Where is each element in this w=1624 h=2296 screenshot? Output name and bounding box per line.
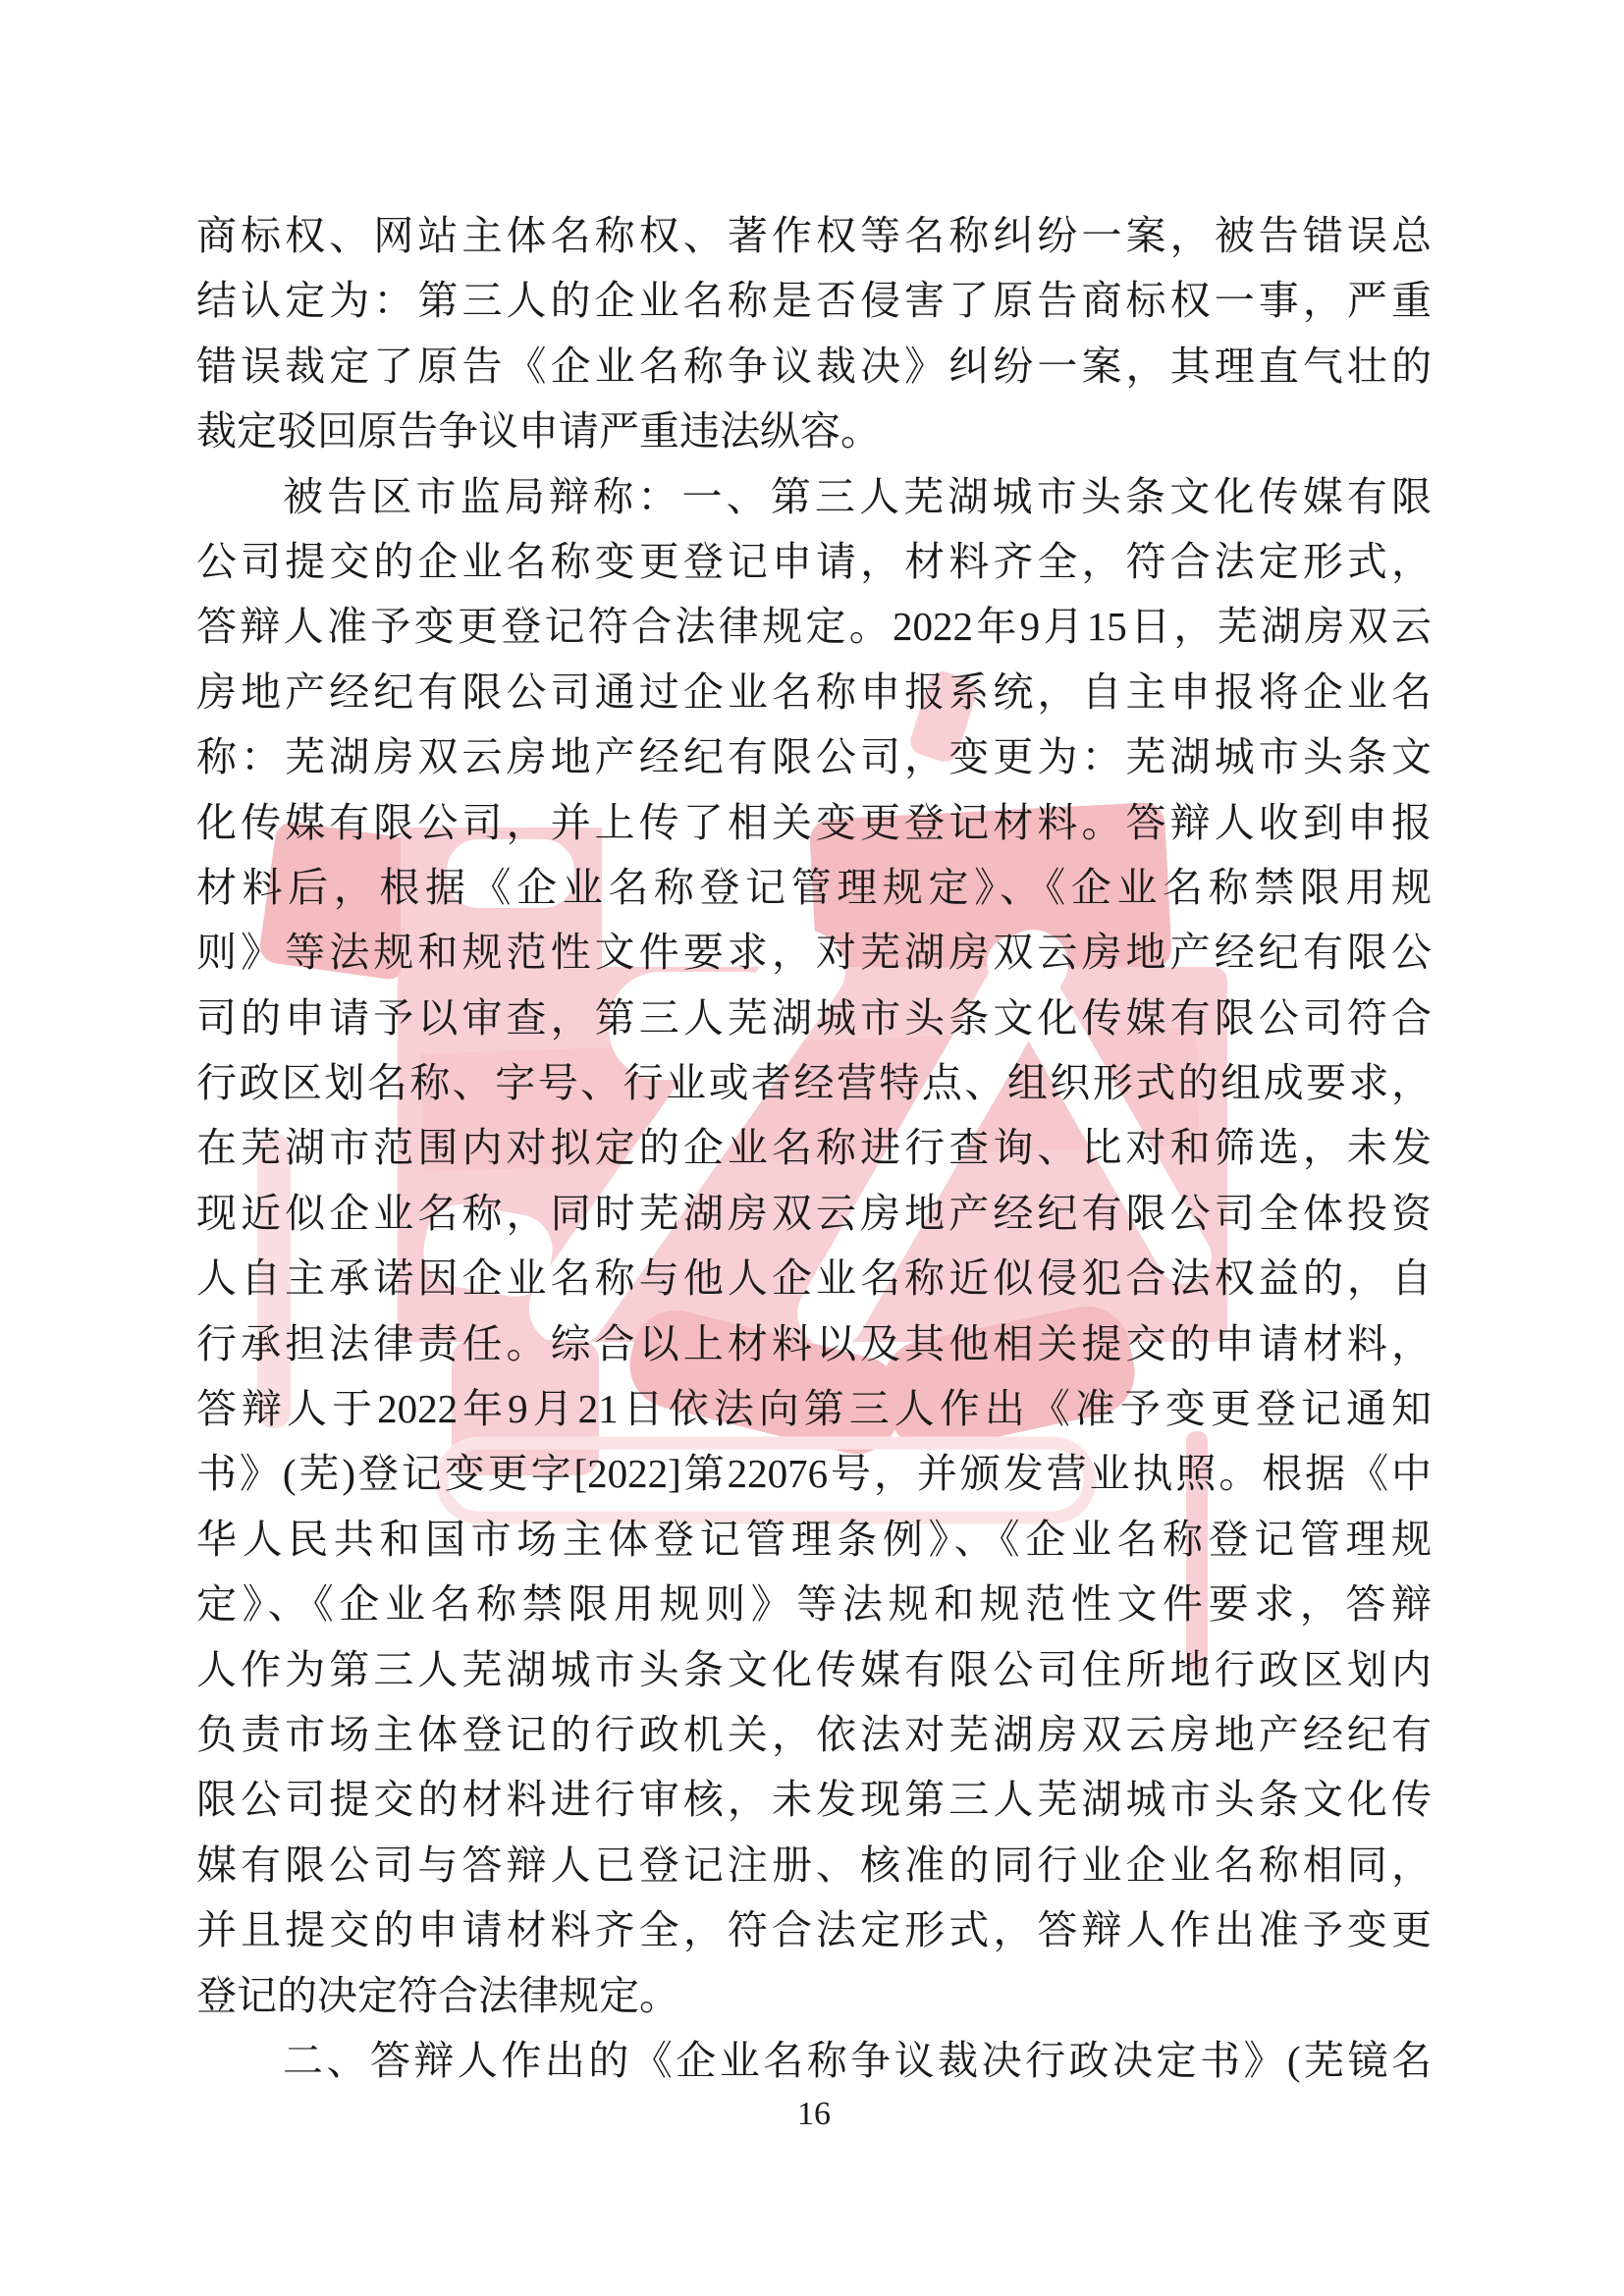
text-line: 公司提交的企业名称变更登记申请，材料齐全，符合法定形式，	[196, 529, 1432, 594]
text-line: 错误裁定了原告《企业名称争议裁决》纠纷一案，其理直气壮的	[196, 334, 1432, 399]
text-line: 答辩人准予变更登记符合法律规定。2022年9月15日，芜湖房双云	[196, 594, 1432, 659]
text-line: 人自主承诺因企业名称与他人企业名称近似侵犯合法权益的，自	[196, 1246, 1432, 1310]
text-line: 商标权、网站主体名称权、著作权等名称纠纷一案，被告错误总	[196, 203, 1432, 268]
text-line: 书》(芜)登记变更字[2022]第22076号，并颁发营业执照。根据《中	[196, 1441, 1432, 1506]
text-line: 在芜湖市范围内对拟定的企业名称进行查询、比对和筛选，未发	[196, 1115, 1432, 1180]
text-line: 答辩人于2022年9月21日依法向第三人作出《准予变更登记通知	[196, 1376, 1432, 1441]
text-line: 化传媒有限公司，并上传了相关变更登记材料。答辩人收到申报	[196, 790, 1432, 855]
page-number: 16	[797, 2096, 831, 2132]
text-line: 媒有限公司与答辩人已登记注册、核准的同行业企业名称相同，	[196, 1833, 1432, 1897]
text-line: 人作为第三人芜湖城市头条文化传媒有限公司住所地行政区划内	[196, 1637, 1432, 1702]
text-line: 华人民共和国市场主体登记管理条例》、《企业名称登记管理规	[196, 1507, 1432, 1572]
text-line: 负责市场主体登记的行政机关，依法对芜湖房双云房地产经纪有	[196, 1702, 1432, 1767]
text-line: 并且提交的申请材料齐全，符合法定形式，答辩人作出准予变更	[196, 1897, 1432, 1962]
text-line: 房地产经纪有限公司通过企业名称申报系统，自主申报将企业名	[196, 660, 1432, 724]
text-line: 材料后，根据《企业名称登记管理规定》、《企业名称禁限用规	[196, 855, 1432, 920]
page-footer: 16	[196, 2095, 1432, 2134]
text-line: 定》、《企业名称禁限用规则》等法规和规范性文件要求，答辩	[196, 1572, 1432, 1636]
text-line: 行承担法律责任。综合以上材料以及其他相关提交的申请材料，	[196, 1311, 1432, 1376]
document-page: 商标权、网站主体名称权、著作权等名称纠纷一案，被告错误总结认定为：第三人的企业名…	[0, 0, 1624, 2296]
text-line: 结认定为：第三人的企业名称是否侵害了原告商标权一事，严重	[196, 268, 1432, 333]
text-line: 被告区市监局辩称：一、第三人芜湖城市头条文化传媒有限	[196, 464, 1432, 529]
text-line: 司的申请予以审查，第三人芜湖城市头条文化传媒有限公司符合	[196, 986, 1432, 1050]
text-line: 现近似企业名称，同时芜湖房双云房地产经纪有限公司全体投资	[196, 1181, 1432, 1246]
text-line: 称：芜湖房双云房地产经纪有限公司，变更为：芜湖城市头条文	[196, 724, 1432, 789]
text-line: 裁定驳回原告争议申请严重违法纵容。	[196, 399, 1432, 463]
document-body: 商标权、网站主体名称权、著作权等名称纠纷一案，被告错误总结认定为：第三人的企业名…	[196, 203, 1432, 2093]
text-line: 限公司提交的材料进行审核，未发现第三人芜湖城市头条文化传	[196, 1767, 1432, 1832]
text-line: 行政区划名称、字号、行业或者经营特点、组织形式的组成要求，	[196, 1050, 1432, 1115]
text-line: 登记的决定符合法律规定。	[196, 1963, 1432, 2028]
text-line: 二、答辩人作出的《企业名称争议裁决行政决定书》(芜镜名	[196, 2028, 1432, 2093]
text-line: 则》等法规和规范性文件要求，对芜湖房双云房地产经纪有限公	[196, 920, 1432, 985]
